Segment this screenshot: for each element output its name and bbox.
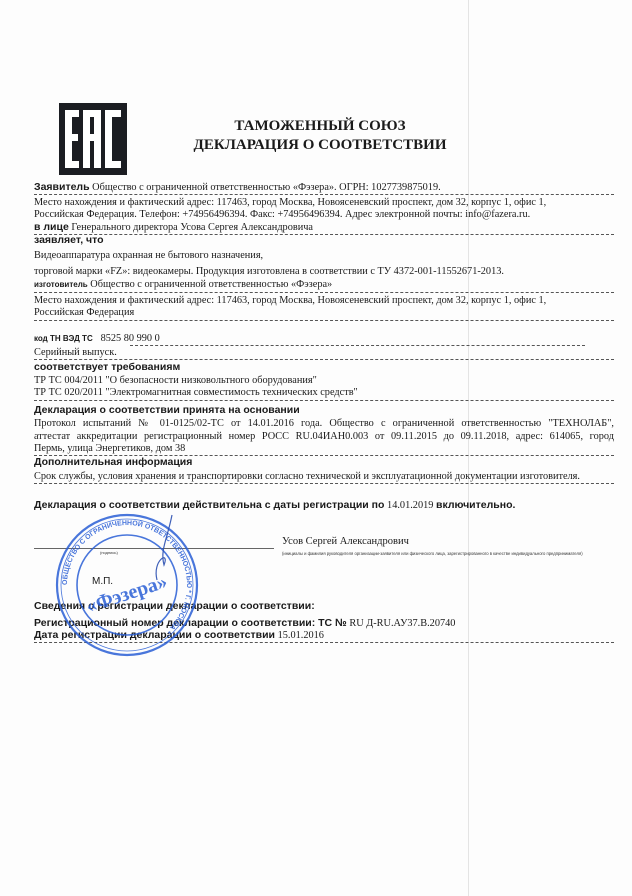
signatory-note: (инициалы и фамилия руководителя организ… <box>282 551 602 557</box>
basis-line-3: Пермь, улица Энергетиков, дом 38 <box>34 443 614 455</box>
registration-number-label: Регистрационный номер декларации о соотв… <box>34 617 347 629</box>
requirement-item: ТР ТС 020/2011 "Электромагнитная совмест… <box>34 387 614 399</box>
validity-suffix: включительно. <box>436 499 515 511</box>
title-line-1: ТАМОЖЕННЫЙ СОЮЗ <box>170 117 470 136</box>
product-line-2: торговой марки «FZ»: видеокамеры. Продук… <box>34 266 614 278</box>
manufacturer-address-1: Место нахождения и фактический адрес: 11… <box>34 295 614 307</box>
applicant-address-1: Место нахождения и фактический адрес: 11… <box>34 197 614 209</box>
hs-code-row: код ТН ВЭД ТС 8525 80 990 0 <box>34 333 614 345</box>
signatory-name: Усов Сергей Александрович <box>282 536 409 547</box>
validity-date: 14.01.2019 <box>387 500 433 511</box>
seal-place-label: М.П. <box>92 576 113 587</box>
divider <box>34 292 614 293</box>
represented-by-label: в лице <box>34 221 69 233</box>
document-title: ТАМОЖЕННЫЙ СОЮЗ ДЕКЛАРАЦИЯ О СООТВЕТСТВИ… <box>170 117 470 155</box>
basis-line-1: Протокол испытаний № 01-0125/02-ТС от 14… <box>34 418 614 430</box>
applicant-address-2: Российская Федерация. Телефон: +74956496… <box>34 209 614 221</box>
declaration-page: ТАМОЖЕННЫЙ СОЮЗ ДЕКЛАРАЦИЯ О СООТВЕТСТВИ… <box>0 0 632 896</box>
registration-number-value: RU Д-RU.АУ37.В.20740 <box>349 618 455 629</box>
additional-label: Дополнительная информация <box>34 456 614 468</box>
registration-date-label: Дата регистрации декларации о соответств… <box>34 629 275 641</box>
validity-prefix: Декларация о соответствии действительна … <box>34 499 384 511</box>
signature-caption: (подпись) <box>100 550 118 555</box>
signature-line <box>34 548 274 549</box>
registration-date-value: 15.01.2016 <box>278 630 324 641</box>
applicant-row: Заявитель Общество с ограниченной ответс… <box>34 181 614 194</box>
registration-section-label: Сведения о регистрации декларации о соот… <box>34 600 614 612</box>
manufacturer-address-2: Российская Федерация <box>34 307 614 319</box>
declares-label: заявляет, что <box>34 234 614 246</box>
manufacturer-label: изготовитель <box>34 280 88 289</box>
requirement-item: ТР ТС 004/2011 "О безопасности низковоль… <box>34 375 614 387</box>
additional-value: Срок службы, условия хранения и транспор… <box>34 471 614 483</box>
applicant-label: Заявитель <box>34 181 90 193</box>
product-line-1: Видеоаппаратура охранная не бытового наз… <box>34 250 614 262</box>
divider <box>34 359 614 360</box>
hs-code-label: код ТН ВЭД ТС <box>34 333 98 345</box>
manufacturer-name: Общество с ограниченной ответственностью… <box>90 279 332 290</box>
represented-by-value: Генерального директора Усова Сергея Алек… <box>71 222 313 233</box>
applicant-name: Общество с ограниченной ответственностью… <box>92 182 441 193</box>
basis-line-2: аттестат аккредитации регистрационный но… <box>34 431 614 443</box>
requirements-label: соответствует требованиям <box>34 361 614 373</box>
eac-mark-icon <box>59 103 127 175</box>
divider <box>130 345 585 346</box>
represented-by-row: в лице Генерального директора Усова Серг… <box>34 221 614 234</box>
basis-label: Декларация о соответствии принята на осн… <box>34 404 614 416</box>
validity-row: Декларация о соответствии действительна … <box>34 499 614 512</box>
registration-date-row: Дата регистрации декларации о соответств… <box>34 629 614 642</box>
production-type: Серийный выпуск. <box>34 347 614 359</box>
divider <box>34 400 614 401</box>
manufacturer-row: изготовитель Общество с ограниченной отв… <box>34 279 614 291</box>
divider <box>34 320 614 321</box>
divider <box>34 642 614 643</box>
divider <box>34 483 614 484</box>
hs-code-value: 8525 80 990 0 <box>101 333 160 344</box>
divider <box>34 194 614 195</box>
title-line-2: ДЕКЛАРАЦИЯ О СООТВЕТСТВИИ <box>170 136 470 155</box>
